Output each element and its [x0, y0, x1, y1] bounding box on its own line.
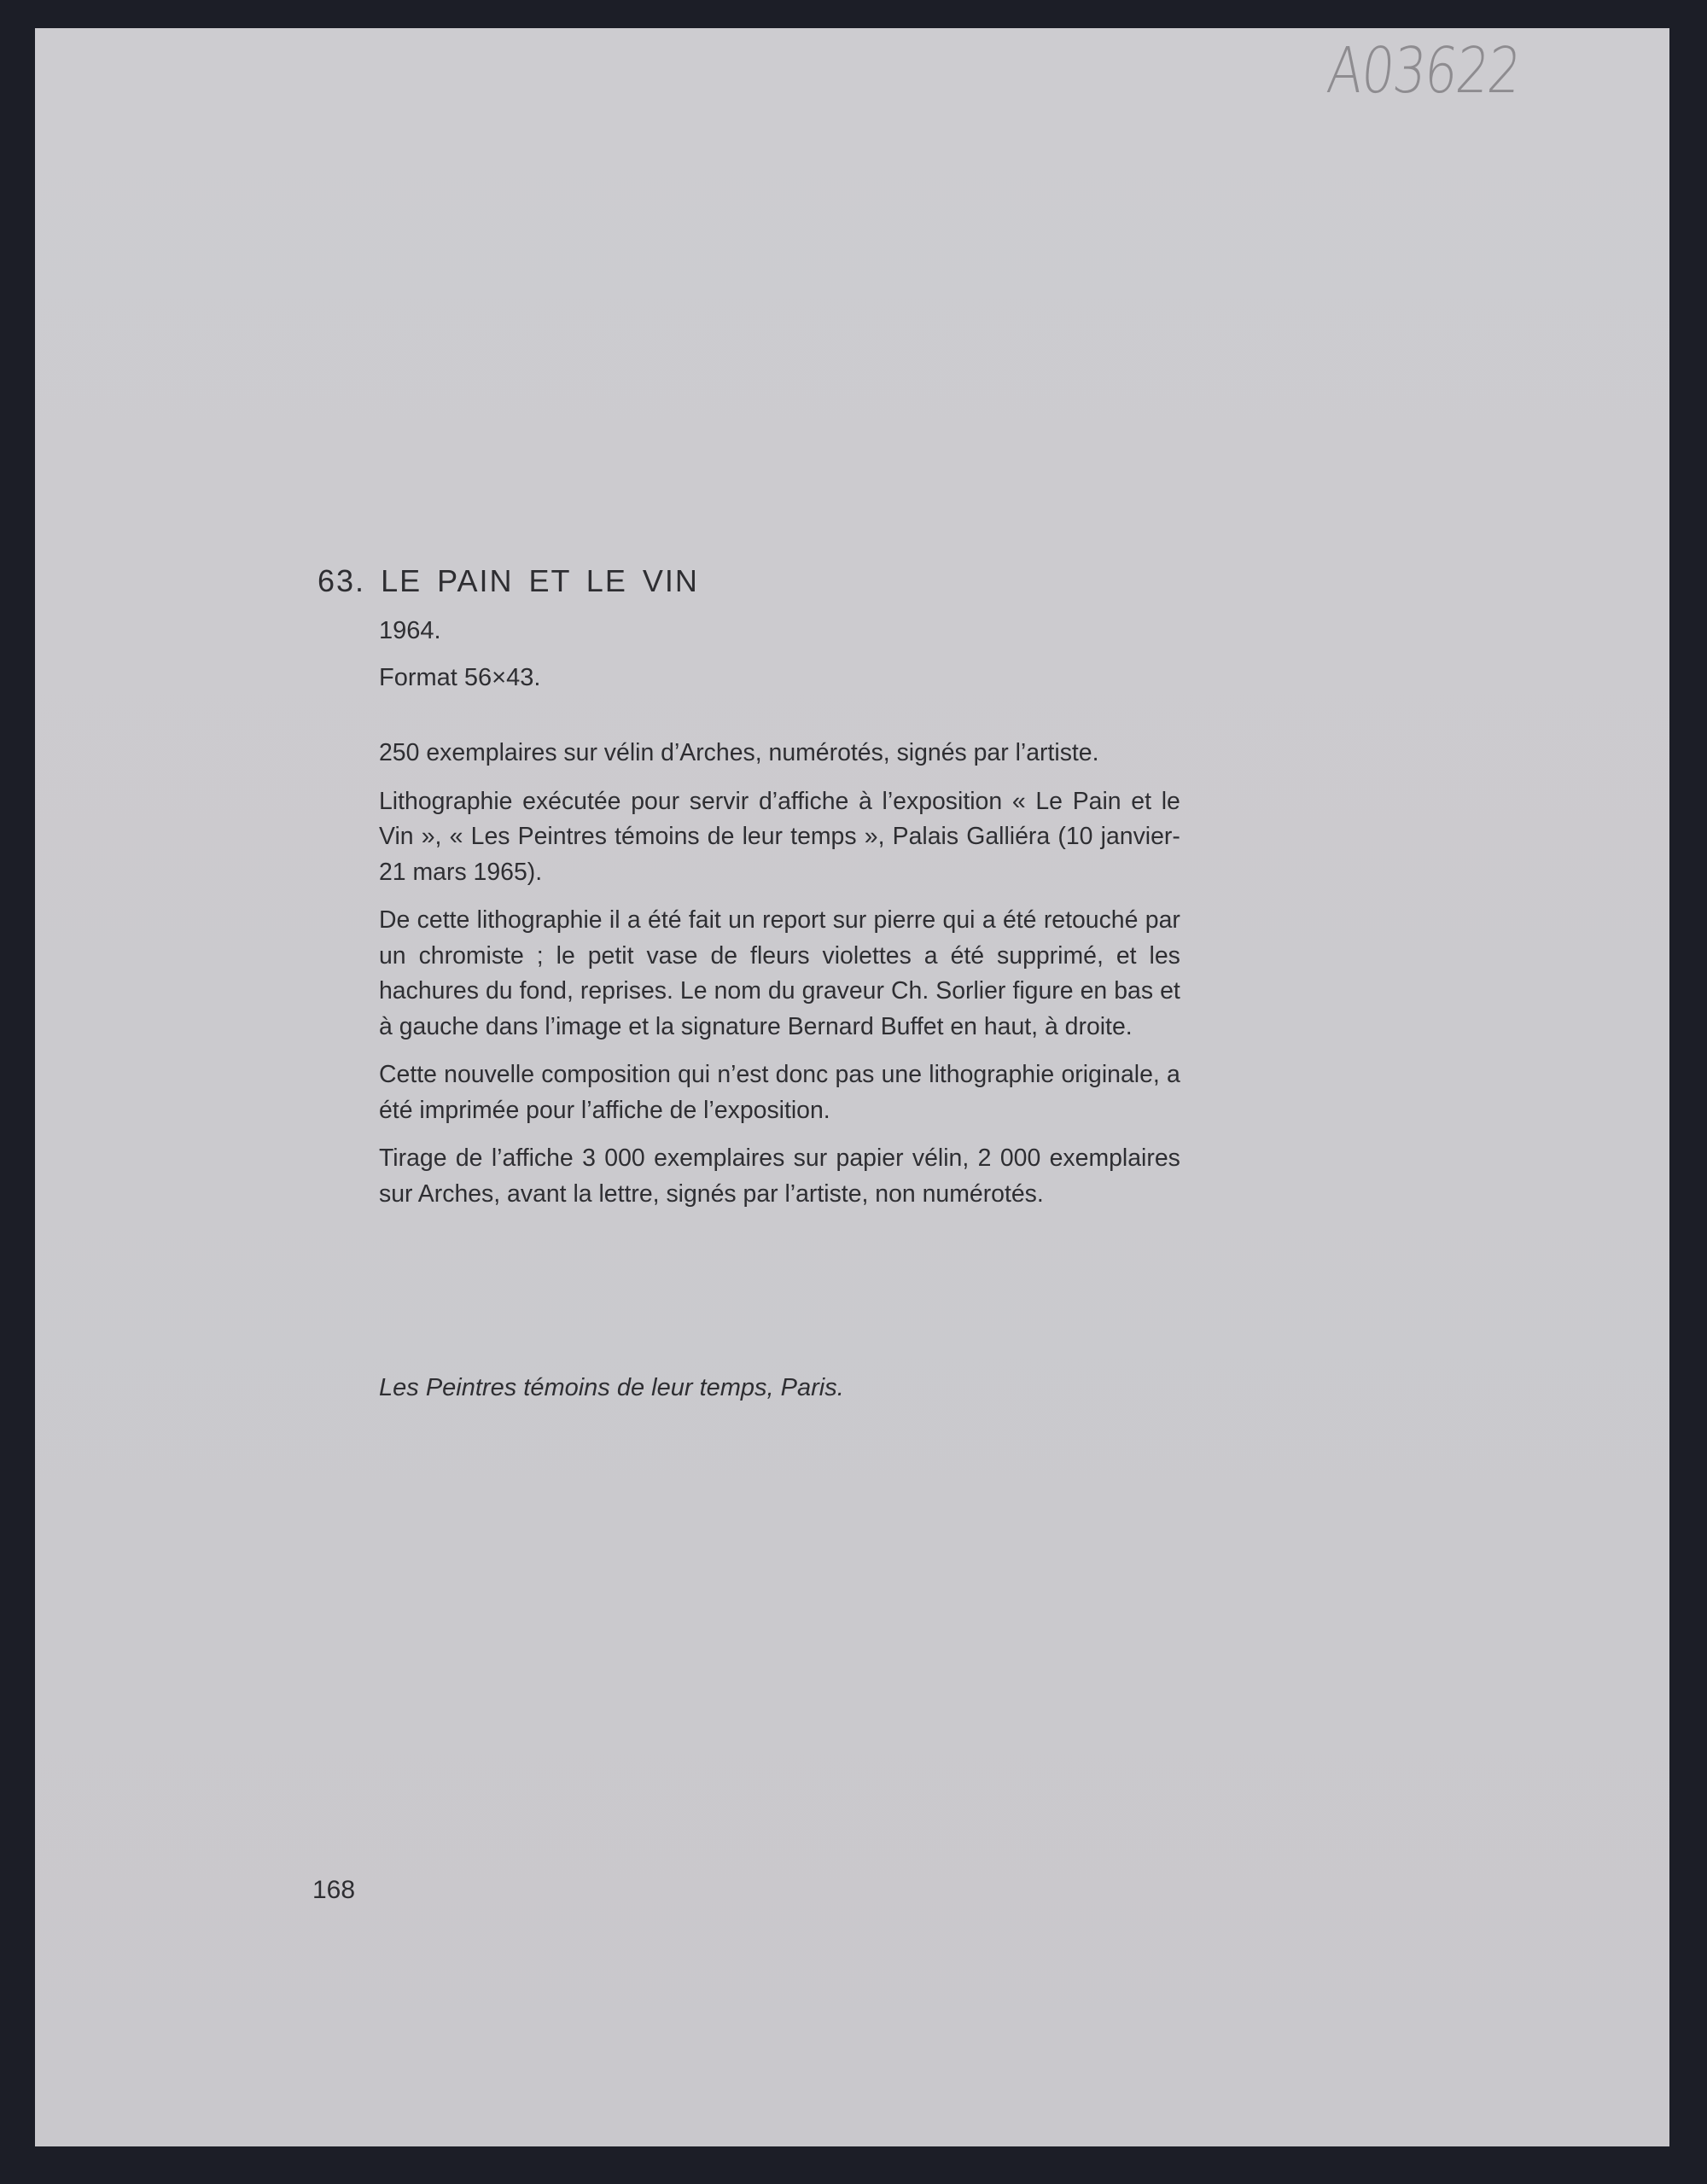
paragraph-composition: Cette nouvelle composition qui n’est don… — [379, 1057, 1180, 1128]
entry-source: Les Peintres témoins de leur temps, Pari… — [379, 1374, 844, 1402]
entry-year: 1964. — [379, 617, 441, 645]
entry-title: 63. LE PAIN ET LE VIN — [318, 563, 699, 599]
entry-description: 250 exemplaires sur vélin d’Arches, numé… — [379, 736, 1197, 1225]
paragraph-report: De cette lithographie il a été fait un r… — [379, 903, 1180, 1045]
paragraph-printing: Tirage de l’affiche 3 000 exemplaires su… — [379, 1141, 1180, 1212]
paragraph-edition: 250 exemplaires sur vélin d’Arches, numé… — [379, 736, 1180, 772]
entry-format: Format 56×43. — [379, 664, 540, 692]
handwritten-reference: A03622 — [1324, 34, 1523, 108]
paragraph-exhibition: Lithographie exécutée pour servir d’affi… — [379, 784, 1180, 891]
entry-title-text: LE PAIN ET LE VIN — [381, 563, 699, 598]
page-number: 168 — [312, 1876, 355, 1905]
entry-number: 63. — [318, 563, 365, 598]
